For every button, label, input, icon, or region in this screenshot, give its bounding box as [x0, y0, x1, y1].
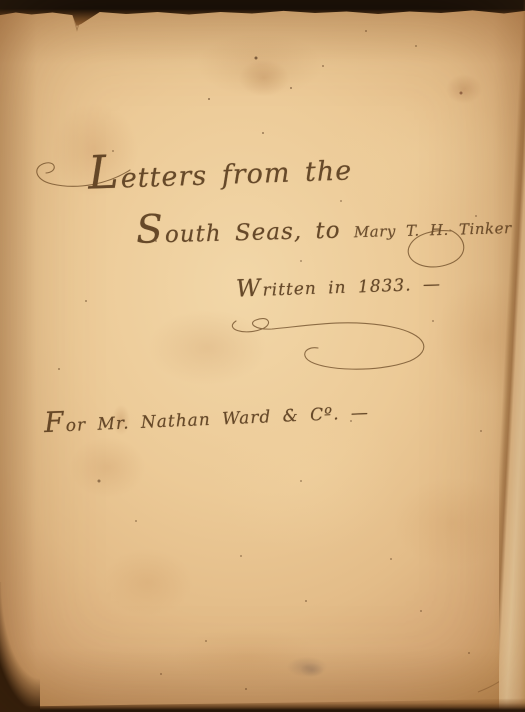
scan-vignette	[0, 0, 525, 712]
scanned-book-page: Letters from the South Seas, to Mary T. …	[0, 0, 525, 712]
